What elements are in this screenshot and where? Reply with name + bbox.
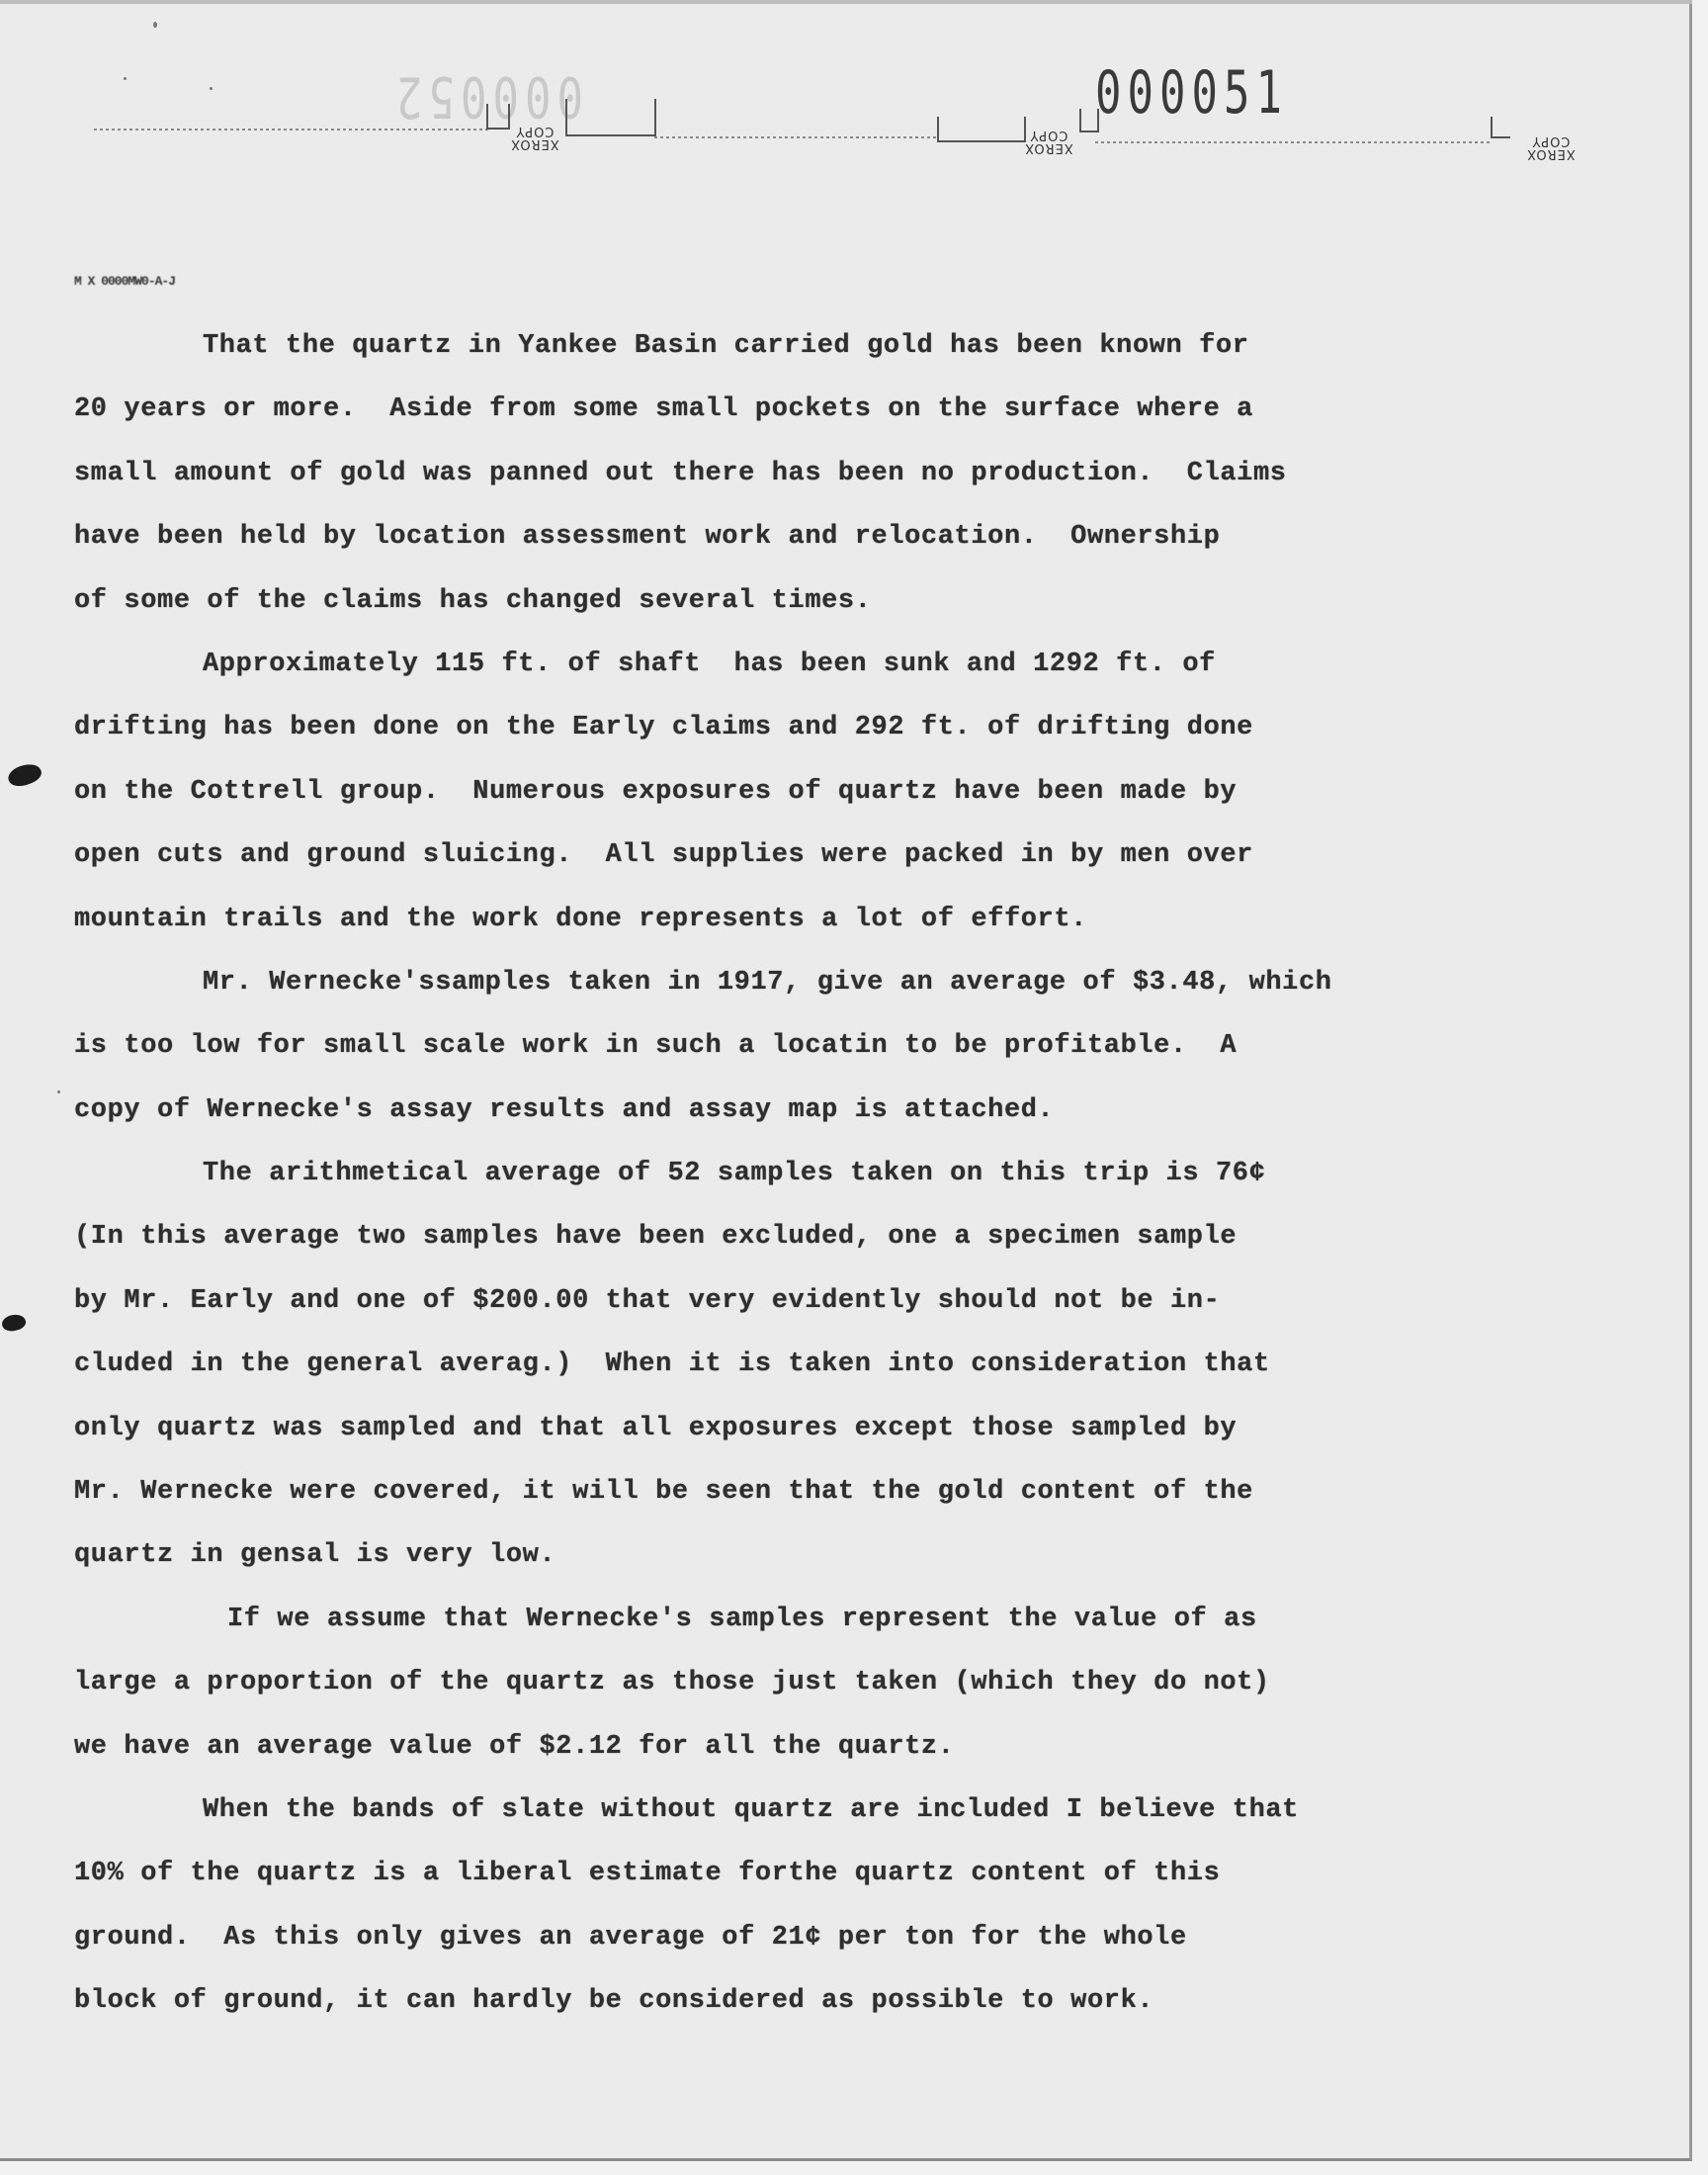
text-line: 20 years or more. Aside from some small … [74, 378, 1478, 441]
scan-speck [153, 22, 157, 28]
text-line: block of ground, it can hardly be consid… [74, 1969, 1478, 2033]
scan-speck [57, 1090, 60, 1093]
paragraph: That the quartz in Yankee Basin carried … [74, 314, 1478, 633]
copy-stamp-bracket [1491, 117, 1510, 138]
text-line: have been held by location assessment wo… [74, 505, 1478, 568]
text-line: open cuts and ground sluicing. All suppl… [74, 824, 1478, 887]
scan-edge [0, 0, 1692, 4]
text-line: (In this average two samples have been e… [74, 1205, 1478, 1268]
text-line: mountain trails and the work done repres… [74, 888, 1478, 951]
text-line: we have an average value of $2.12 for al… [74, 1715, 1478, 1779]
scan-speck [210, 87, 213, 90]
document-body: That the quartz in Yankee Basin carried … [74, 314, 1478, 2034]
text-line: ground. As this only gives an average of… [74, 1906, 1478, 1969]
text-line: cluded in the general averag.) When it i… [74, 1333, 1478, 1396]
text-line: is too low for small scale work in such … [74, 1014, 1478, 1078]
paragraph: Mr. Wernecke'ssamples taken in 1917, giv… [74, 951, 1478, 1142]
text-line: by Mr. Early and one of $200.00 that ver… [74, 1269, 1478, 1333]
paragraph: When the bands of slate without quartz a… [74, 1779, 1478, 2034]
text-line: If we assume that Wernecke's samples rep… [74, 1588, 1478, 1651]
scan-speck [124, 77, 127, 80]
text-line: Mr. Wernecke were covered, it will be se… [74, 1460, 1478, 1523]
text-line: When the bands of slate without quartz a… [74, 1779, 1478, 1842]
xerox-copy-stamp: XEROX COPY [506, 125, 563, 150]
xerox-copy-stamp-text: XEROX COPY [506, 125, 563, 150]
xerox-copy-stamp: XEROX COPY [1522, 134, 1580, 160]
copy-stamp-rule [1095, 141, 1491, 143]
text-line: quartz in gensal is very low. [74, 1523, 1478, 1587]
copy-stamp-bracket [937, 117, 1026, 142]
text-line: The arithmetical average of 52 samples t… [74, 1142, 1478, 1205]
text-line: small amount of gold was panned out ther… [74, 442, 1478, 505]
ink-blot [6, 760, 44, 790]
text-line: only quartz was sampled and that all exp… [74, 1397, 1478, 1460]
text-line: drifting has been done on the Early clai… [74, 696, 1478, 759]
text-line: on the Cottrell group. Numerous exposure… [74, 760, 1478, 824]
document-page: 000052 000051 XEROX COPY XEROX COPY XERO… [0, 0, 1692, 2161]
xerox-copy-stamp-text: XEROX COPY [1020, 129, 1077, 154]
text-line: Mr. Wernecke'ssamples taken in 1917, giv… [74, 951, 1478, 1014]
bates-number: 000051 [1095, 59, 1288, 128]
text-line: of some of the claims has changed severa… [74, 569, 1478, 633]
struck-out-reference-code: M X 0000MW0-A-J [74, 274, 175, 289]
paragraph: Approximately 115 ft. of shaft has been … [74, 633, 1478, 951]
text-line: 10% of the quartz is a liberal estimate … [74, 1842, 1478, 1905]
paragraph: If we assume that Wernecke's samples rep… [74, 1588, 1478, 1779]
copy-stamp-bracket [565, 99, 656, 136]
text-line: large a proportion of the quartz as thos… [74, 1651, 1478, 1714]
paragraph: The arithmetical average of 52 samples t… [74, 1142, 1478, 1588]
xerox-copy-stamp: XEROX COPY [1020, 129, 1077, 154]
copy-stamp-rule [654, 136, 936, 138]
xerox-copy-stamp-text: XEROX COPY [1522, 134, 1580, 160]
copy-stamp-bracket [1079, 109, 1099, 132]
copy-stamp-rule [94, 129, 489, 130]
text-line: copy of Wernecke's assay results and ass… [74, 1079, 1478, 1142]
text-line: Approximately 115 ft. of shaft has been … [74, 633, 1478, 696]
ink-blot [0, 1312, 27, 1334]
text-line: That the quartz in Yankee Basin carried … [74, 314, 1478, 378]
